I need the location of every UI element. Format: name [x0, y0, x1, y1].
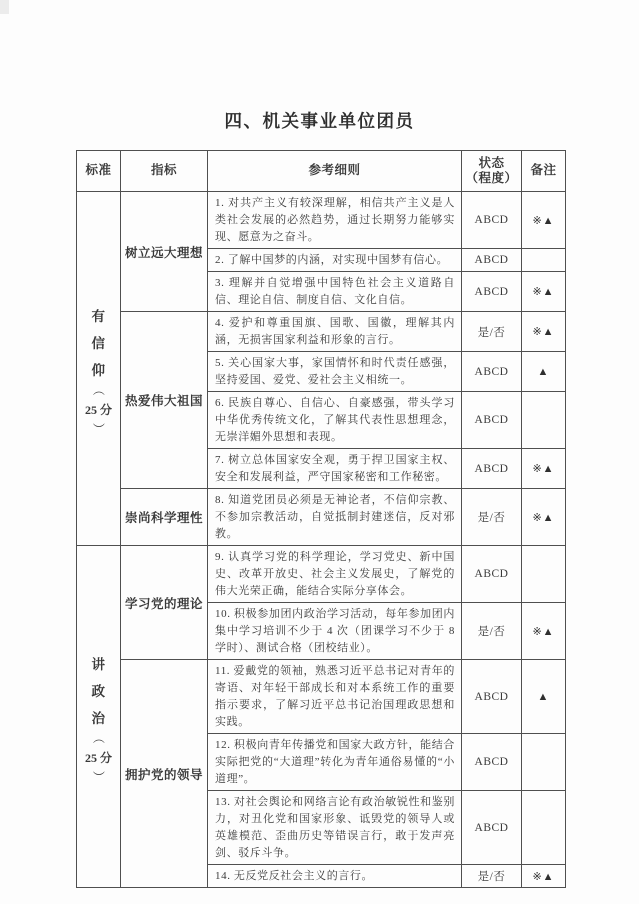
status-cell: ABCD [462, 660, 522, 734]
indicator-party-leadership: 拥护党的领导 [121, 660, 208, 888]
standard-group-politics: 讲 政 治 （ 25 分 ） [77, 546, 121, 888]
remark-cell: ※▲ [522, 312, 566, 352]
standard-group-faith: 有 信 仰 （ 25 分 ） [77, 192, 121, 546]
remark-cell [522, 546, 566, 603]
scanned-page: 四、机关事业单位团员 标准 指标 参考细则 状态 （程度） 备注 [0, 0, 639, 904]
detail-cell: 7. 树立总体国家安全观，勇于捍卫国家主权、安全和发展利益，严守国家秘密和工作秘… [208, 449, 462, 489]
detail-cell: 5. 关心国家大事，家国情怀和时代责任感强，坚持爱国、爱党、爱社会主义相统一。 [208, 352, 462, 392]
open-paren: （ [94, 731, 102, 744]
status-cell: 是/否 [462, 865, 522, 888]
status-cell: ABCD [462, 392, 522, 449]
detail-cell: 11. 爱戴党的领袖，熟悉习近平总书记对青年的寄语、对年轻干部成长和对本系统工作… [208, 660, 462, 734]
detail-cell: 14. 无反党反社会主义的言行。 [208, 865, 462, 888]
status-cell: 是/否 [462, 312, 522, 352]
remark-cell: ※▲ [522, 192, 566, 249]
status-header-line1: 状态 [462, 156, 521, 172]
close-paren: ） [94, 422, 102, 435]
col-header-standard: 标准 [77, 151, 121, 192]
remark-cell: ※▲ [522, 272, 566, 312]
remark-cell: ※▲ [522, 603, 566, 660]
status-cell: 是/否 [462, 489, 522, 546]
col-header-detail: 参考细则 [208, 151, 462, 192]
detail-cell: 12. 积极向青年传播党和国家大政方针，能结合实际把党的“大道理”转化为青年通俗… [208, 734, 462, 791]
col-header-indicator: 指标 [121, 151, 208, 192]
table-row-11: 拥护党的领导 11. 爱戴党的领袖，熟悉习近平总书记对青年的寄语、对年轻干部成长… [77, 660, 566, 734]
detail-cell: 9. 认真学习党的科学理论，学习党史、新中国史、改革开放史、社会主义发展史，了解… [208, 546, 462, 603]
indicator-motherland: 热爱伟大祖国 [121, 312, 208, 489]
remark-cell: ▲ [522, 352, 566, 392]
detail-cell: 13. 对社会舆论和网络言论有政治敏锐性和鉴别力，对丑化党和国家形象、诋毁党的领… [208, 791, 462, 865]
scan-artifact [0, 0, 9, 14]
status-cell: 是/否 [462, 603, 522, 660]
table-row-8: 崇尚科学理性 8. 知道党团员必须是无神论者，不信仰宗教、不参加宗教活动，自觉抵… [77, 489, 566, 546]
table-row-9: 讲 政 治 （ 25 分 ） 学习党的理论 9. 认真学习党的科学理论，学习党史… [77, 546, 566, 603]
status-cell: ABCD [462, 449, 522, 489]
detail-cell: 4. 爱护和尊重国旗、国歌、国徽，理解其内涵，无损害国家利益和形象的言行。 [208, 312, 462, 352]
table-row-1: 有 信 仰 （ 25 分 ） 树立远大理想 1. 对共产主义有较深理解，相信共产… [77, 192, 566, 249]
page-title: 四、机关事业单位团员 [0, 108, 639, 133]
remark-cell: ※▲ [522, 489, 566, 546]
group-score: 25 分 [85, 401, 112, 418]
indicator-science: 崇尚科学理性 [121, 489, 208, 546]
detail-cell: 6. 民族自尊心、自信心、自豪感强，带头学习中华优秀传统文化，了解其代表性思想理… [208, 392, 462, 449]
indicator-ideals: 树立远大理想 [121, 192, 208, 312]
close-paren: ） [94, 770, 102, 783]
status-cell: ABCD [462, 791, 522, 865]
remark-cell [522, 791, 566, 865]
remark-cell [522, 249, 566, 272]
detail-cell: 10. 积极参加团内政治学习活动，每年参加团内集中学习培训不少于 4 次（团课学… [208, 603, 462, 660]
group-score: 25 分 [85, 749, 112, 766]
remark-cell [522, 734, 566, 791]
col-header-remark: 备注 [522, 151, 566, 192]
detail-cell: 2. 了解中国梦的内涵，对实现中国梦有信心。 [208, 249, 462, 272]
status-cell: ABCD [462, 546, 522, 603]
col-header-status: 状态 （程度） [462, 151, 522, 192]
detail-cell: 8. 知道党团员必须是无神论者，不信仰宗教、不参加宗教活动，自觉抵制封建迷信，反… [208, 489, 462, 546]
remark-cell: ▲ [522, 660, 566, 734]
table-row-4: 热爱伟大祖国 4. 爱护和尊重国旗、国歌、国徽，理解其内涵，无损害国家利益和形象… [77, 312, 566, 352]
open-paren: （ [94, 383, 102, 396]
status-cell: ABCD [462, 352, 522, 392]
status-cell: ABCD [462, 249, 522, 272]
vertical-label: 讲 政 治 （ 25 分 ） [77, 653, 120, 781]
status-cell: ABCD [462, 192, 522, 249]
detail-cell: 1. 对共产主义有较深理解，相信共产主义是人类社会发展的必然趋势，通过长期努力能… [208, 192, 462, 249]
vertical-label: 有 信 仰 （ 25 分 ） [77, 305, 120, 433]
header-row: 标准 指标 参考细则 状态 （程度） 备注 [77, 151, 566, 192]
remark-cell [522, 392, 566, 449]
status-header-line2: （程度） [462, 171, 521, 187]
status-cell: ABCD [462, 272, 522, 312]
indicator-party-theory: 学习党的理论 [121, 546, 208, 660]
remark-cell: ※▲ [522, 865, 566, 888]
status-cell: ABCD [462, 734, 522, 791]
evaluation-table: 标准 指标 参考细则 状态 （程度） 备注 有 信 仰 （ 25 分 [76, 150, 566, 888]
detail-cell: 3. 理解并自觉增强中国特色社会主义道路自信、理论自信、制度自信、文化自信。 [208, 272, 462, 312]
remark-cell: ※▲ [522, 449, 566, 489]
